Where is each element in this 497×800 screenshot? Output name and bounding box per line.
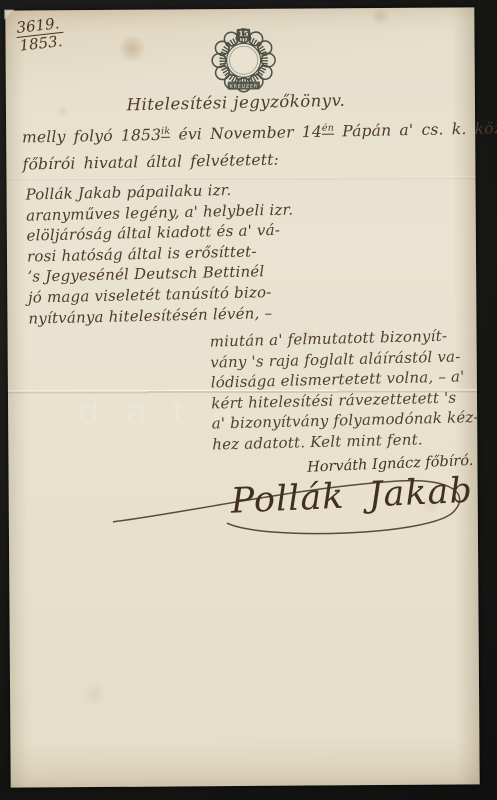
paper-corner-fold <box>4 10 14 20</box>
stamp-currency: KREUZER <box>230 84 258 90</box>
paper-crease-upper <box>6 176 475 181</box>
intro-seg3: Pápán a' cs. k. közig <box>334 119 497 141</box>
manuscript-paper: 3619. 1853. 15 KREUZER <box>5 7 479 787</box>
document-title: Hitelesítési jegyzőkönyv. <box>6 88 466 117</box>
revenue-stamp-seal: 15 KREUZER <box>199 28 287 97</box>
document-photo: 3619. 1853. 15 KREUZER <box>0 0 497 800</box>
intro-seg2: évi November 14 <box>170 123 322 144</box>
docket-number: 3619. 1853. <box>15 15 65 54</box>
body-paragraph-left: Pollák Jakab pápailaku izr. aranyműves l… <box>25 179 295 329</box>
body-paragraph-right: miután a' felmutatott bizonyít- vány 's … <box>209 325 479 455</box>
intro-paragraph: melly folyó 1853ik évi November 14én Páp… <box>22 115 497 179</box>
intro-seg1: melly folyó 1853 <box>22 126 161 147</box>
intro-superscript-en: én <box>322 122 334 134</box>
docket-year-value: 1853. <box>17 33 65 54</box>
stamp-value: 15 <box>238 29 248 38</box>
